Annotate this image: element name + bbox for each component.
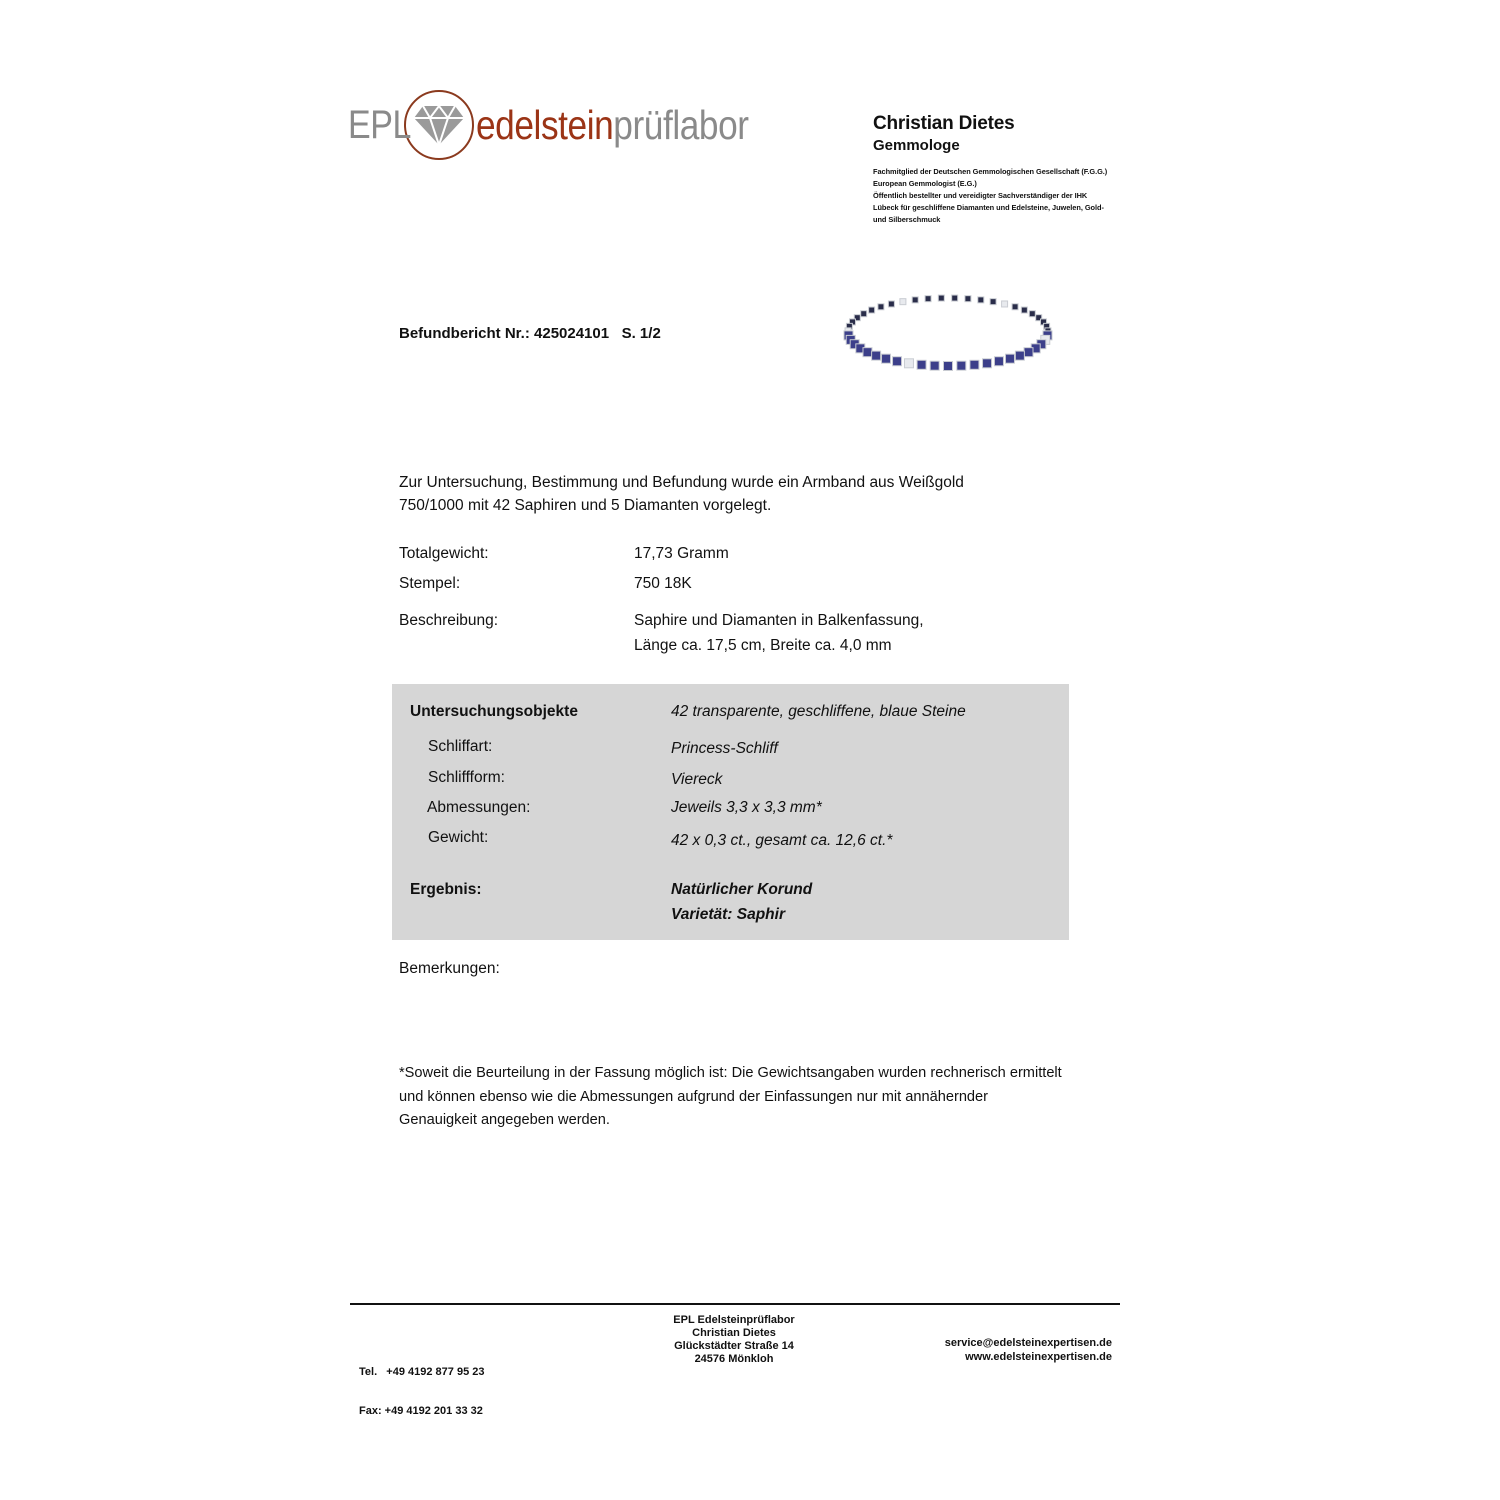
examination-value: Jeweils 3,3 x 3,3 mm* bbox=[671, 796, 822, 820]
footnote: *Soweit die Beurteilung in der Fassung m… bbox=[399, 1062, 1099, 1133]
logo-word-accent: edelstein bbox=[476, 102, 613, 148]
gemmologist-name: Christian Dietes bbox=[873, 112, 1163, 136]
footer-online: service@edelsteinexpertisen.de www.edels… bbox=[900, 1337, 1112, 1364]
logo-wordmark: edelsteinprüflabor bbox=[476, 102, 749, 149]
qualification-line: und Silberschmuck bbox=[873, 214, 1163, 226]
examination-box: Untersuchungsobjekte 42 transparente, ge… bbox=[392, 684, 1069, 940]
footer-street: Glückstädter Straße 14 bbox=[634, 1340, 834, 1353]
examination-result-label: Ergebnis: bbox=[410, 878, 481, 902]
examination-result-variety: Varietät: Saphir bbox=[671, 903, 785, 927]
footnote-line: *Soweit die Beurteilung in der Fassung m… bbox=[399, 1062, 1099, 1086]
property-value: Saphire und Diamanten in Balkenfassung, bbox=[634, 609, 1054, 633]
footer-tel: Tel. +49 4192 877 95 23 bbox=[359, 1366, 484, 1379]
examination-label: Gewicht: bbox=[428, 826, 488, 850]
qualification-line: Fachmitglied der Deutschen Gemmologische… bbox=[873, 166, 1163, 178]
gemmologist-qualifications: Fachmitglied der Deutschen Gemmologische… bbox=[873, 166, 1163, 226]
qualification-line: European Gemmologist (E.G.) bbox=[873, 178, 1163, 190]
logo-word-rest: prüflabor bbox=[613, 102, 748, 148]
footer-website[interactable]: www.edelsteinexpertisen.de bbox=[900, 1351, 1112, 1365]
bracelet-photo bbox=[838, 286, 1058, 384]
property-label: Totalgewicht: bbox=[399, 542, 629, 566]
examination-label: Schliffform: bbox=[428, 766, 505, 790]
footer-fax: Fax: +49 4192 201 33 32 bbox=[359, 1405, 484, 1418]
qualification-line: Öffentlich bestellter und vereidigter Sa… bbox=[873, 190, 1163, 202]
property-value: 17,73 Gramm bbox=[634, 542, 1054, 566]
footer-email[interactable]: service@edelsteinexpertisen.de bbox=[900, 1337, 1112, 1351]
footer-person: Christian Dietes bbox=[634, 1327, 834, 1340]
remarks-label: Bemerkungen: bbox=[399, 960, 500, 978]
property-label: Stempel: bbox=[399, 572, 629, 596]
gemmologist-block: Christian Dietes Gemmologe Fachmitglied … bbox=[873, 112, 1163, 226]
property-value: 750 18K bbox=[634, 572, 1054, 596]
qualification-line: Lübeck für geschliffene Diamanten und Ed… bbox=[873, 202, 1163, 214]
property-value: Länge ca. 17,5 cm, Breite ca. 4,0 mm bbox=[634, 634, 1054, 658]
intro-text: Zur Untersuchung, Bestimmung und Befundu… bbox=[399, 471, 1039, 517]
examination-result-value: Natürlicher Korund bbox=[671, 878, 812, 902]
examination-objects-label: Untersuchungsobjekte bbox=[410, 700, 578, 724]
intro-line: 750/1000 mit 42 Saphiren und 5 Diamanten… bbox=[399, 494, 1039, 517]
logo-prefix: EPL bbox=[348, 103, 396, 148]
footer-address: EPL Edelsteinprüflabor Christian Dietes … bbox=[634, 1314, 834, 1366]
footer-contact-phone: Tel. +49 4192 877 95 23 Fax: +49 4192 20… bbox=[359, 1340, 484, 1431]
company-logo: EPL edelsteinprüflabor bbox=[348, 80, 793, 170]
examination-value: Viereck bbox=[671, 768, 722, 792]
property-label: Beschreibung: bbox=[399, 609, 629, 633]
examination-value: Princess-Schliff bbox=[671, 737, 778, 761]
diamond-icon bbox=[404, 90, 474, 160]
intro-line: Zur Untersuchung, Bestimmung und Befundu… bbox=[399, 471, 1039, 494]
report-number: Befundbericht Nr.: 425024101 S. 1/2 bbox=[399, 325, 661, 342]
footer-city: 24576 Mönkloh bbox=[634, 1353, 834, 1366]
footnote-line: Genauigkeit angegeben werden. bbox=[399, 1109, 1099, 1133]
examination-value: 42 x 0,3 ct., gesamt ca. 12,6 ct.* bbox=[671, 829, 892, 853]
examination-objects-value: 42 transparente, geschliffene, blaue Ste… bbox=[671, 700, 966, 724]
examination-label: Schliffart: bbox=[428, 735, 492, 759]
footer-company: EPL Edelsteinprüflabor bbox=[634, 1314, 834, 1327]
footer-divider bbox=[350, 1303, 1120, 1305]
examination-label: Abmessungen: bbox=[427, 796, 530, 820]
footnote-line: und können ebenso wie die Abmessungen au… bbox=[399, 1086, 1099, 1110]
gemmologist-title: Gemmologe bbox=[873, 136, 1163, 156]
